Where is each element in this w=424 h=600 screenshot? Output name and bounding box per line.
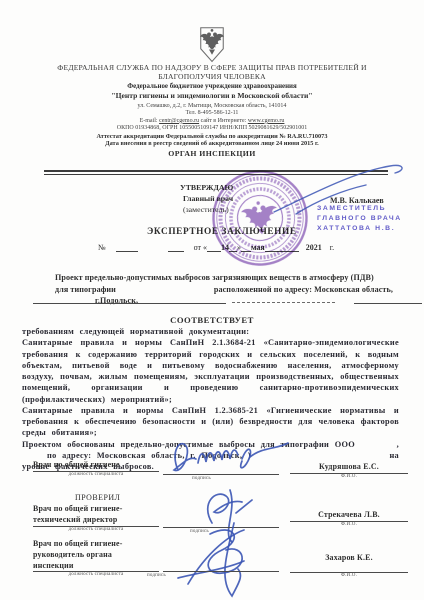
name-caption: Ф.И.О. [290, 573, 408, 579]
p3-line1-comma: , [397, 439, 399, 450]
agency-line2: БЛАГОПОЛУЧИЯ ЧЕЛОВЕКА [158, 72, 266, 81]
name-caption: Ф.И.О. [290, 522, 408, 528]
site-link: www.cgemo.ru [248, 118, 285, 124]
subject-dash-line [232, 302, 335, 303]
org-codes: ОКПО 01934868, ОГРН 1055005109147 ИНН/КП… [0, 125, 424, 132]
body-paragraph-2: Санитарные правила и нормы СанПиН 1.2.36… [22, 405, 399, 439]
position-title: Врач по общей гигиене [33, 460, 159, 471]
signature-row-1-position: Врач по общей гигиене должность специали… [33, 460, 159, 478]
signature-ink-3 [148, 520, 288, 600]
signature-row-2-position: Врач по общей гигиене- технический дирек… [33, 504, 159, 533]
sign-caption-1: подпись [192, 476, 211, 482]
number-blank2 [168, 243, 184, 252]
approval-signature-ink [266, 156, 424, 222]
site-label: сайт в Интернете: [201, 118, 247, 124]
signer-name: Кудряшова Е.С. [290, 462, 408, 473]
subject-line3: г.Подольск, [33, 295, 393, 307]
position-caption: должность специалиста [33, 572, 159, 578]
registry-date-line: Дата внесения в реестр сведений об аккре… [0, 140, 424, 148]
position-title-line3: инспекции [33, 561, 159, 572]
position-title-line2: руководитель органа [33, 550, 159, 561]
sign-line-1 [163, 474, 279, 475]
subject-line2-right: расположенной по адресу: Московская обла… [214, 284, 393, 296]
signature-row-2-name: Стрекачева Л.В. Ф.И.О. [290, 510, 408, 528]
signer-name: Стрекачева Л.В. [290, 510, 408, 521]
sign-caption-3: подпись [147, 573, 166, 579]
p3-line2-right: на [389, 450, 399, 461]
signature-row-1-name: Кудряшова Е.С. Ф.И.О. [290, 462, 408, 480]
position-title-line2: технический директор [33, 515, 159, 526]
body-intro: требованиям следующей нормативной докуме… [22, 326, 399, 337]
subject-fill-line-right [354, 303, 422, 304]
position-caption: должность специалиста [33, 472, 159, 478]
signature-ink-1 [160, 436, 292, 478]
number-sign: № [98, 243, 106, 252]
accreditation-line: Аттестат аккредитации Федеральной службы… [0, 133, 424, 141]
coat-of-arms-icon [197, 26, 227, 64]
name-caption: Ф.И.О. [290, 474, 408, 480]
number-blank [116, 243, 138, 252]
subject-line2: для типографии расположенной по адресу: … [33, 284, 393, 296]
body-paragraph-1: Санитарные правила и нормы СанПиН 2.1.36… [22, 337, 399, 405]
position-title: Врач по общей гигиене- [33, 504, 159, 515]
deputy-stamp-line3: ХАТТАТОВА Н.В. [317, 224, 402, 234]
position-title: Врач по общей гигиене- [33, 539, 159, 550]
signer-name: Захаров К.Е. [290, 553, 408, 564]
org-phone: Тел. 8-495-586-12-11 [0, 110, 424, 117]
email-label: E-mail: [140, 118, 158, 124]
signature-row-3-name: Захаров К.Е. Ф.И.О. [290, 553, 408, 579]
subject-block: Проект предельно-допустимых выбросов заг… [33, 272, 393, 307]
document-page: ФЕДЕРАЛЬНАЯ СЛУЖБА ПО НАДЗОРУ В СФЕРЕ ЗА… [0, 0, 424, 600]
email-link: centr@cgemo.ru [159, 118, 199, 124]
signature-row-3-position: Врач по общей гигиене- руководитель орга… [33, 539, 159, 578]
letterhead: ФЕДЕРАЛЬНАЯ СЛУЖБА ПО НАДЗОРУ В СФЕРЕ ЗА… [0, 64, 424, 159]
subject-line1: Проект предельно-допустимых выбросов заг… [33, 272, 393, 284]
date-from-label: от « [194, 243, 207, 252]
org-name: "Центр гигиены и эпидемиологии в Московс… [0, 92, 424, 101]
org-address: ул. Семашко, д.2, г. Мытищи, Московская … [0, 103, 424, 110]
checked-label: ПРОВЕРИЛ [75, 493, 120, 504]
date-year-suffix: г. [330, 243, 334, 252]
sign-line-3 [163, 571, 279, 572]
contact-line: E-mail: centr@cgemo.ru сайт в Интернете:… [0, 118, 424, 125]
position-caption: должность специалиста [33, 527, 159, 533]
subject-fill-line [33, 303, 226, 304]
subject-line2-left: для типографии [55, 284, 116, 296]
verdict-title: СООТВЕТСТВУЕТ [0, 315, 424, 325]
agency-name: ФЕДЕРАЛЬНАЯ СЛУЖБА ПО НАДЗОРУ В СФЕРЕ ЗА… [0, 64, 424, 81]
